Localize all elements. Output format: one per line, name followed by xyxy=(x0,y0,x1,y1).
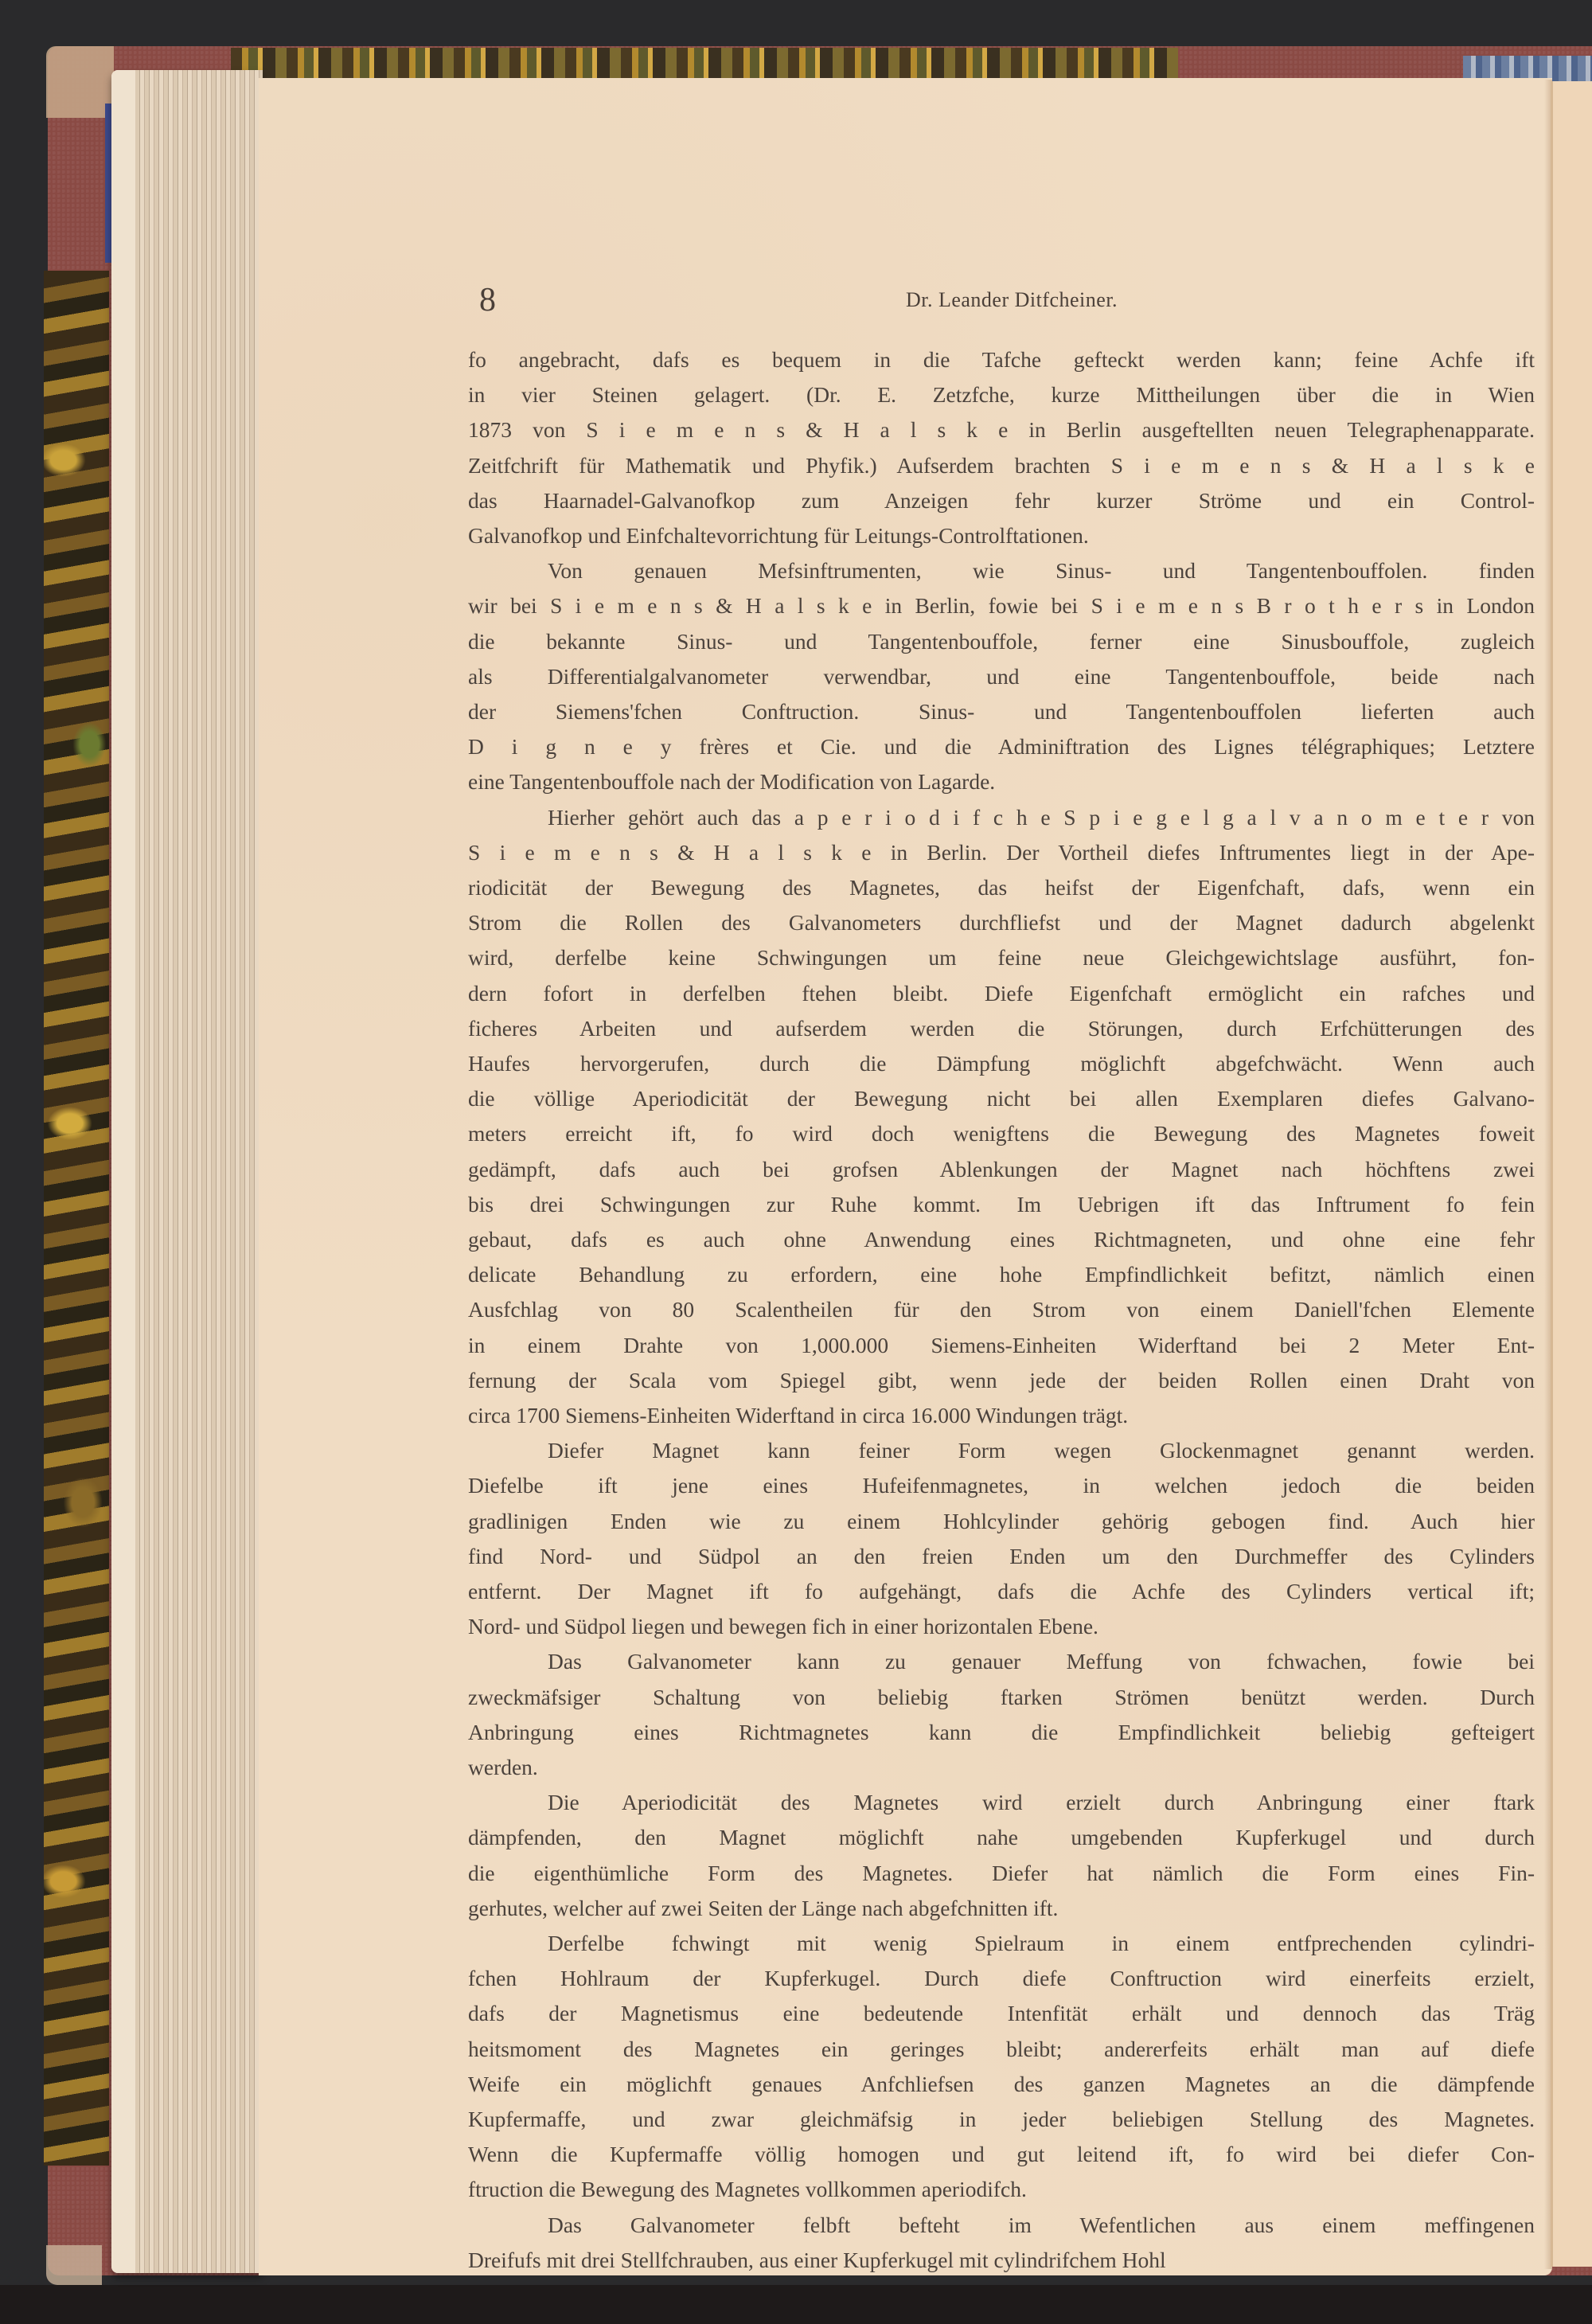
text-line: bis drei Schwingungen zur Ruhe kommt. Im… xyxy=(468,1187,1535,1222)
text-line: meters erreicht ift, fo wird doch wenigf… xyxy=(468,1116,1535,1151)
text-line: heitsmoment des Magnetes ein geringes bl… xyxy=(468,2032,1535,2067)
text-line: dämpfenden, den Magnet möglichft nahe um… xyxy=(468,1820,1535,1855)
text-line: der Siemens'fchen Conftruction. Sinus- u… xyxy=(468,694,1535,729)
marbled-cover-edge xyxy=(231,48,1178,81)
running-head: Dr. Leander Ditfcheiner. xyxy=(479,288,1544,312)
text-line: in vier Steinen gelagert. (Dr. E. Zetzfc… xyxy=(468,377,1535,412)
text-line: 1873 von S i e m e n s & H a l s k e in … xyxy=(468,412,1535,447)
text-line: Weife ein möglichft genaues Anfchliefsen… xyxy=(468,2067,1535,2102)
text-line: die bekannte Sinus- und Tangentenbouffol… xyxy=(468,624,1535,659)
text-line: Derfelbe fchwingt mit wenig Spielraum in… xyxy=(468,1926,1535,1961)
facing-page-edge xyxy=(1551,81,1592,2267)
text-line: ficheres Arbeiten und aufserdem werden d… xyxy=(468,1011,1535,1046)
text-line: Strom die Rollen des Galvanometers durch… xyxy=(468,905,1535,940)
text-line: Dreifufs mit drei Stellfchrauben, aus ei… xyxy=(468,2243,1535,2278)
text-line: Von genauen Mefsinftrumenten, wie Sinus-… xyxy=(468,553,1535,588)
text-line: ftruction die Bewegung des Magnetes voll… xyxy=(468,2172,1535,2207)
text-line: gedämpft, dafs auch bei grofsen Ablenkun… xyxy=(468,1152,1535,1187)
page-block-edges xyxy=(111,70,135,2273)
text-line: zweckmäfsiger Schaltung von beliebig fta… xyxy=(468,1680,1535,1715)
text-line: die eigenthümliche Form des Magnetes. Di… xyxy=(468,1856,1535,1891)
text-line: in einem Drahte von 1,000.000 Siemens-Ei… xyxy=(468,1328,1535,1363)
text-line: D i g n e y frères et Cie. und die Admin… xyxy=(468,729,1535,764)
text-line: Kupfermaffe, und zwar gleichmäfsig in je… xyxy=(468,2102,1535,2137)
text-line: fernung der Scala vom Spiegel gibt, wenn… xyxy=(468,1363,1535,1398)
text-line: das Haarnadel-Galvanofkop zum Anzeigen f… xyxy=(468,483,1535,518)
text-line: Ausfchlag von 80 Scalentheilen für den S… xyxy=(468,1292,1535,1327)
text-line: gebaut, dafs es auch ohne Anwendung eine… xyxy=(468,1222,1535,1257)
text-line: Die Aperiodicität des Magnetes wird erzi… xyxy=(468,1785,1535,1820)
text-line: fo angebracht, dafs es bequem in die Taf… xyxy=(468,342,1535,377)
text-line: dern fofort in derfelben ftehen bleibt. … xyxy=(468,976,1535,1011)
text-line: wird, derfelbe keine Schwingungen um fei… xyxy=(468,940,1535,975)
text-line: find Nord- und Südpol an den freien Ende… xyxy=(468,1539,1535,1574)
text-line: fchen Hohlraum der Kupferkugel. Durch di… xyxy=(468,1961,1535,1996)
text-line: Galvanofkop und Einfchaltevorrichtung fü… xyxy=(468,518,1535,553)
text-line: dafs der Magnetismus eine bedeutende Int… xyxy=(468,1996,1535,2031)
text-line: S i e m e n s & H a l s k e in Berlin. D… xyxy=(468,835,1535,870)
text-line: delicate Behandlung zu erfordern, eine h… xyxy=(468,1257,1535,1292)
worn-cover-corner xyxy=(46,2245,102,2285)
text-line: circa 1700 Siemens-Einheiten Widerftand … xyxy=(468,1398,1535,1433)
text-line: eine Tangentenbouffole nach der Modifica… xyxy=(468,764,1535,799)
text-line: Wenn die Kupfermaffe völlig homogen und … xyxy=(468,2137,1535,2172)
text-line: die völlige Aperiodicität der Bewegung n… xyxy=(468,1081,1535,1116)
text-line: als Differentialgalvanometer verwendbar,… xyxy=(468,659,1535,694)
text-line: Das Galvanometer kann zu genauer Meffung… xyxy=(468,1644,1535,1679)
page-header: 8 Dr. Leander Ditfcheiner. xyxy=(479,280,1544,328)
text-line: Nord- und Südpol liegen und bewegen fich… xyxy=(468,1609,1535,1644)
text-line: Haufes hervorgerufen, durch die Dämpfung… xyxy=(468,1046,1535,1081)
text-line: riodicität der Bewegung des Magnetes, da… xyxy=(468,870,1535,905)
text-line: Das Galvanometer felbft befteht im Wefen… xyxy=(468,2208,1535,2243)
text-line: Hierher gehört auch das a p e r i o d i … xyxy=(468,800,1535,835)
marbled-cover-edge xyxy=(44,271,109,2166)
text-line: entfernt. Der Magnet ift fo aufgehängt, … xyxy=(468,1574,1535,1609)
text-line: Diefelbe ift jene eines Hufeifenmagnetes… xyxy=(468,1468,1535,1503)
worn-cover-corner xyxy=(46,46,114,118)
text-line: gradlinigen Enden wie zu einem Hohlcylin… xyxy=(468,1504,1535,1539)
endpaper-edge xyxy=(105,104,111,263)
text-line: werden. xyxy=(468,1750,1535,1785)
text-line: Zeitfchrift für Mathematik und Phyfik.) … xyxy=(468,448,1535,483)
text-line: gerhutes, welcher auf zwei Seiten der Lä… xyxy=(468,1891,1535,1926)
text-line: wir bei S i e m e n s & H a l s k e in B… xyxy=(468,588,1535,623)
background-surface xyxy=(0,2285,1592,2324)
text-line: Anbringung eines Richtmagnetes kann die … xyxy=(468,1715,1535,1750)
text-line: Diefer Magnet kann feiner Form wegen Glo… xyxy=(468,1433,1535,1468)
